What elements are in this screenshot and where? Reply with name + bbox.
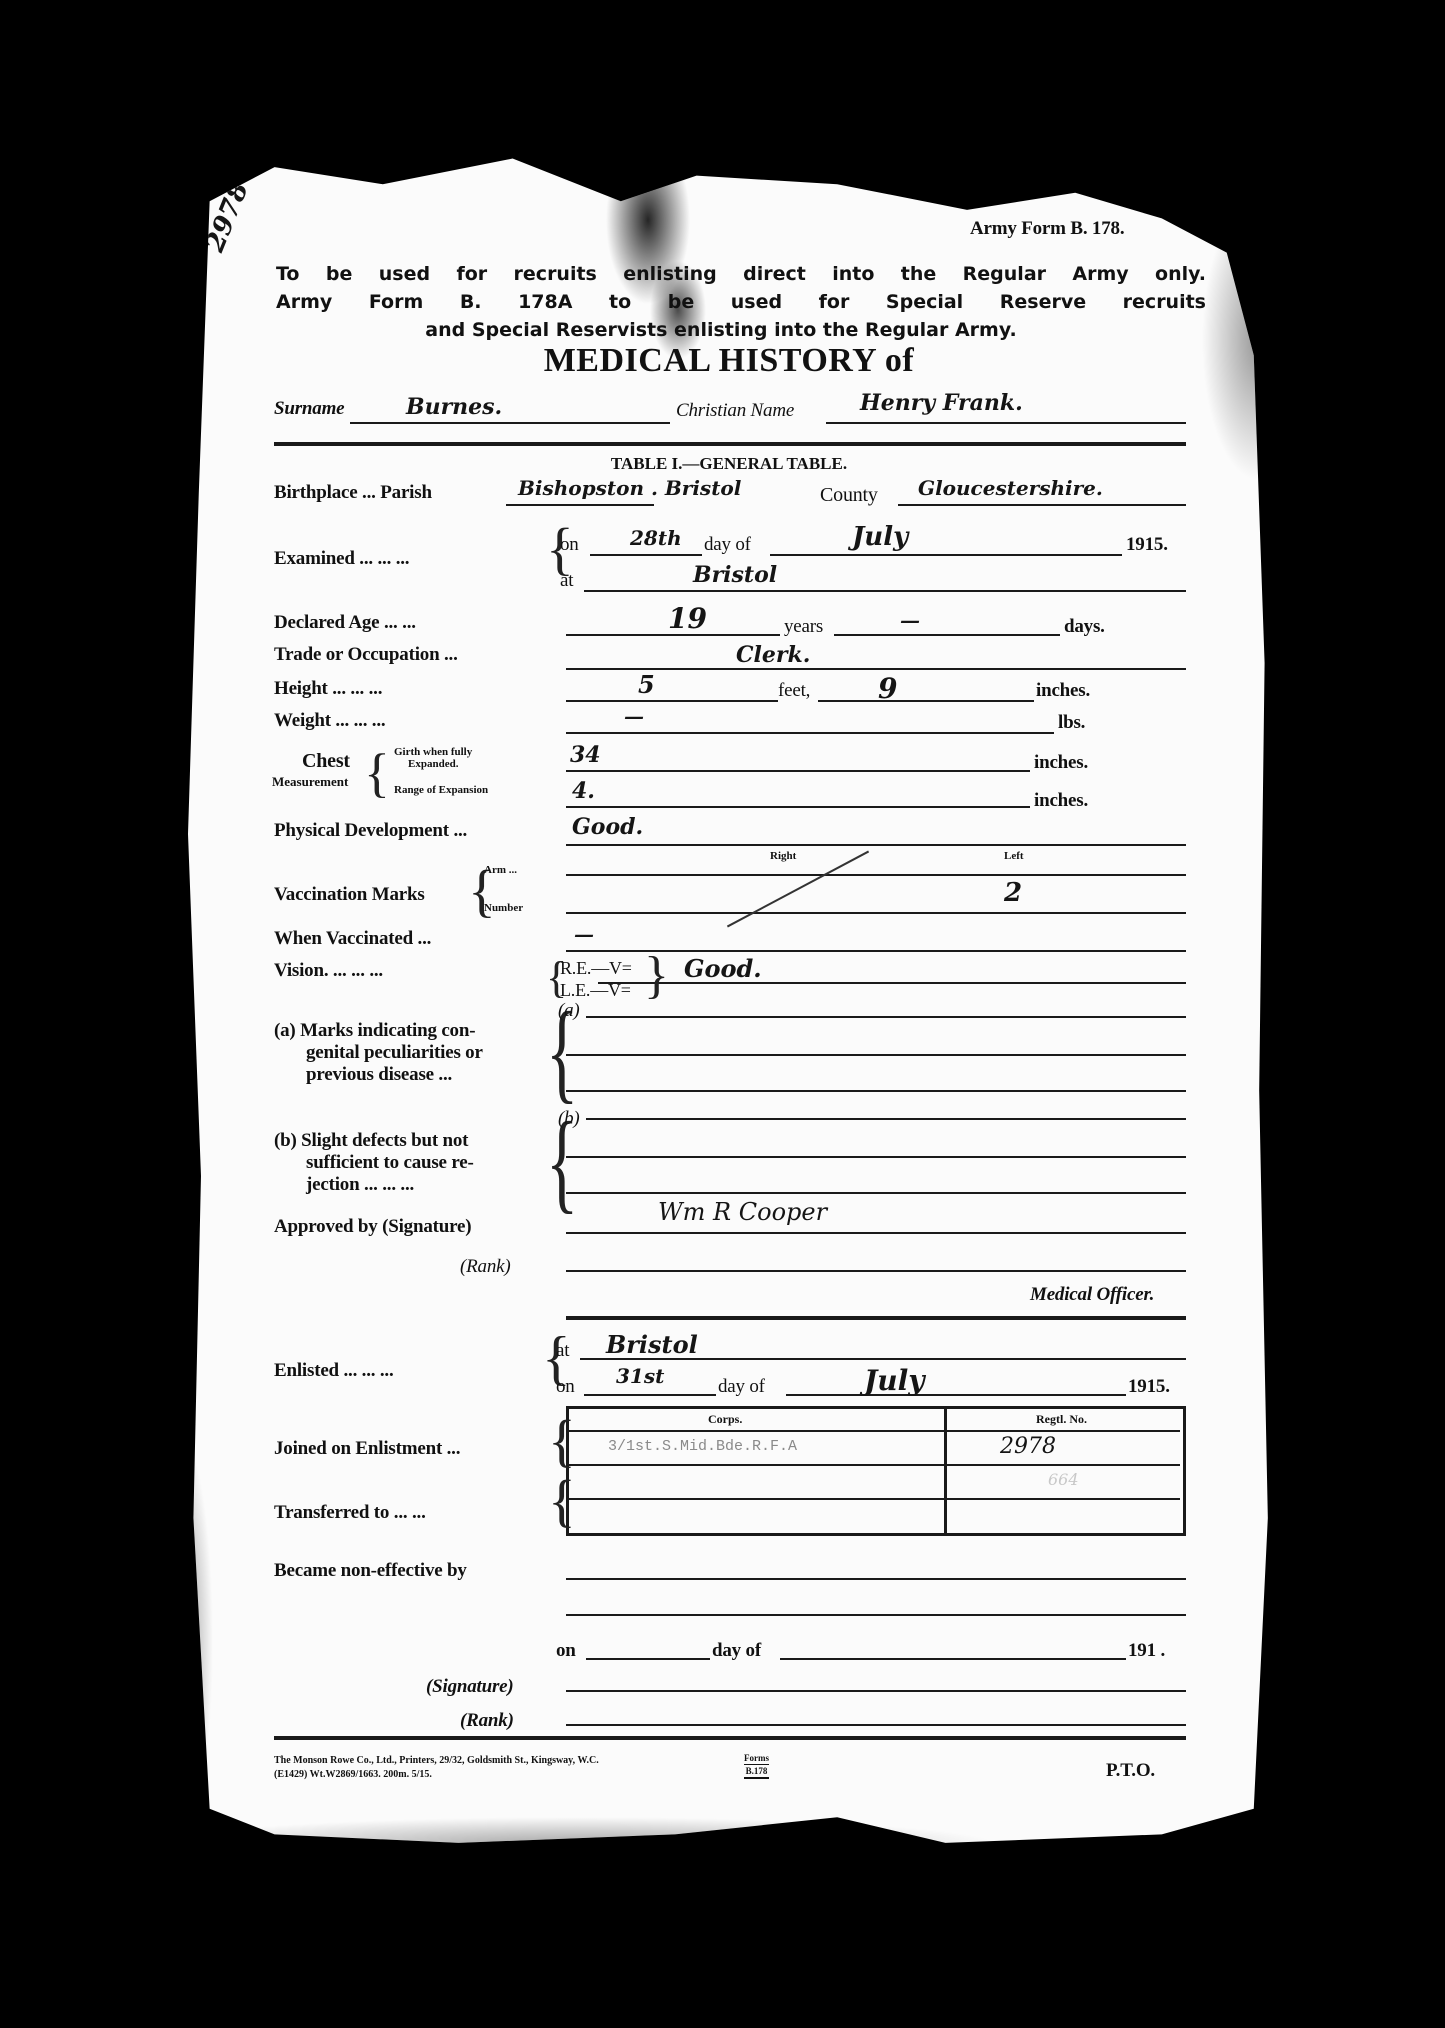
pto-label: P.T.O. [1106, 1760, 1155, 1782]
enlisted-on-label: on [556, 1376, 575, 1398]
arm-label: Arm ... [484, 864, 517, 876]
transferred-brace: { [548, 1472, 576, 1530]
printer-imprint: The Monson Rowe Co., Ltd., Printers, 29/… [274, 1754, 599, 1782]
physical-development-label: Physical Development ... [274, 820, 467, 842]
measurement-label: Measurement [272, 774, 348, 790]
printer-line-2: (E1429) Wt.W2869/1663. 200m. 5/15. [274, 1768, 599, 1782]
age-years-field[interactable]: 19 [668, 602, 707, 635]
marks-a-input[interactable] [566, 1054, 1186, 1056]
girth-label-1: Girth when fully [394, 746, 472, 758]
approved-signature-label: Approved by (Signature) [274, 1216, 471, 1237]
years-label: years [784, 616, 823, 638]
marks-b-line-3: jection ... ... ... [274, 1174, 474, 1196]
occupation-field[interactable]: Clerk. [736, 642, 810, 668]
transferred-corps-field[interactable] [578, 1470, 938, 1496]
page-title: MEDICAL HISTORY of [188, 342, 1270, 380]
transferred-regtl-no-field[interactable]: 664 [1048, 1470, 1079, 1489]
approved-rank-label: (Rank) [460, 1256, 511, 1278]
medical-officer-label: Medical Officer. [1030, 1284, 1154, 1306]
chest-label: Chest [302, 750, 350, 773]
enlisted-day-of-label: day of [718, 1376, 765, 1398]
approved-signature-field[interactable]: Wm R Cooper [658, 1198, 827, 1226]
examined-day-of-label: day of [704, 534, 751, 556]
weight-label: Weight ... ... ... [274, 710, 385, 732]
christian-name-field[interactable]: Henry Frank. [860, 390, 1023, 416]
range-unit: inches. [1034, 790, 1088, 812]
marks-b-input[interactable] [586, 1118, 1186, 1120]
left-arm-label: Left [1004, 850, 1024, 862]
vision-label: Vision. ... ... ... [274, 960, 383, 982]
marks-a-line-1: (a) Marks indicating con- [274, 1020, 483, 1042]
non-effective-day-of-label: day of [712, 1640, 761, 1662]
chest-range-field[interactable]: 4. [572, 778, 595, 804]
when-vaccinated-label: When Vaccinated ... [274, 928, 431, 950]
forms-label: Forms [744, 1752, 769, 1765]
range-label: Range of Expansion [394, 784, 488, 796]
parish-field[interactable]: Bishopston . Bristol [518, 476, 741, 500]
enlisted-month-field[interactable]: July [864, 1364, 925, 1397]
form-number: Army Form B. 178. [970, 218, 1124, 240]
marks-a-line-2: genital peculiarities or [274, 1042, 483, 1064]
girth-label-2: Expanded. [408, 758, 458, 770]
weight-field[interactable]: — [624, 704, 644, 728]
enlisted-year: 1915. [1128, 1376, 1170, 1398]
chest-girth-field[interactable]: 34 [570, 742, 601, 768]
right-arm-strike [727, 851, 869, 928]
joined-brace: { [548, 1412, 576, 1470]
inches-label: inches. [1036, 680, 1090, 702]
forms-number: B.178 [744, 1765, 769, 1777]
document-page: 2978 Army Form B. 178. To be used for re… [188, 150, 1270, 1860]
chest-brace: { [364, 746, 390, 800]
christian-name-label: Christian Name [676, 400, 794, 422]
examined-label: Examined ... ... ... [274, 548, 409, 570]
instruction-line-2: Army Form B. 178A to be used for Special… [276, 288, 1206, 316]
marks-b-line-2: sufficient to cause re- [274, 1152, 474, 1174]
feet-label: feet, [778, 680, 810, 702]
marks-b-marker: (b) [558, 1108, 580, 1130]
table-title: TABLE I.—GENERAL TABLE. [188, 454, 1270, 474]
examined-year: 1915. [1126, 534, 1168, 556]
printer-line-1: The Monson Rowe Co., Ltd., Printers, 29/… [274, 1754, 599, 1768]
examined-at-field[interactable]: Bristol [693, 562, 777, 588]
marks-a-marker: (a) [558, 1000, 580, 1022]
weight-unit: lbs. [1058, 712, 1085, 734]
marks-a-label: (a) Marks indicating con- genital peculi… [274, 1020, 483, 1086]
non-effective-rank-field[interactable] [566, 1724, 1186, 1726]
non-effective-signature-label: (Signature) [426, 1676, 514, 1698]
forms-reference: Forms B.178 [744, 1752, 769, 1779]
enlisted-label: Enlisted ... ... ... [274, 1360, 394, 1382]
instruction-line-3: and Special Reservists enlisting into th… [276, 316, 1206, 344]
instruction-line-1: To be used for recruits enlisting direct… [276, 260, 1206, 288]
enlisted-at-field[interactable]: Bristol [606, 1330, 698, 1359]
county-field[interactable]: Gloucestershire. [918, 476, 1103, 500]
enlisted-day-field[interactable]: 31st [616, 1364, 664, 1388]
age-days-field[interactable]: — [900, 608, 920, 632]
joined-corps-field[interactable]: 3/1st.S.Mid.Bde.R.F.A [608, 1438, 797, 1455]
vision-field[interactable]: Good. [684, 954, 762, 983]
birthplace-label: Birthplace ... Parish [274, 482, 432, 504]
joined-regtl-no-field[interactable]: 2978 [1000, 1434, 1056, 1459]
right-arm-label: Right [770, 850, 796, 862]
occupation-label: Trade or Occupation ... [274, 644, 458, 666]
physical-development-field[interactable]: Good. [572, 814, 643, 840]
declared-age-label: Declared Age ... ... [274, 612, 416, 634]
height-inches-field[interactable]: 9 [878, 672, 897, 705]
joined-on-enlistment-label: Joined on Enlistment ... [274, 1438, 460, 1460]
number-label: Number [484, 902, 523, 914]
girth-unit: inches. [1034, 752, 1088, 774]
transferred-to-label: Transferred to ... ... [274, 1502, 426, 1524]
height-feet-field[interactable]: 5 [638, 670, 655, 699]
corps-table-divider [944, 1406, 947, 1533]
non-effective-month-field[interactable] [780, 1658, 1126, 1660]
examined-month-field[interactable]: July [852, 522, 908, 552]
approved-by-label: Approved by (Signature) [274, 1216, 471, 1238]
vaccination-label: Vaccination Marks [274, 884, 425, 906]
marks-a-line-3: previous disease ... [274, 1064, 483, 1086]
marks-b-label: (b) Slight defects but not sufficient to… [274, 1130, 474, 1196]
left-arm-number-field[interactable]: 2 [1004, 878, 1022, 908]
non-effective-signature-field[interactable] [566, 1690, 1186, 1692]
approved-rank-field[interactable] [566, 1270, 1186, 1272]
days-label: days. [1064, 616, 1105, 638]
corps-header: Corps. [708, 1412, 742, 1427]
form-instructions: To be used for recruits enlisting direct… [276, 260, 1206, 344]
enlisted-at-label: at [556, 1340, 569, 1362]
regtl-no-header: Regtl. No. [1036, 1412, 1087, 1427]
surname-label: Surname [274, 398, 344, 420]
height-label: Height ... ... ... [274, 678, 382, 700]
examined-on-label: on [560, 534, 579, 556]
non-effective-label: Became non-effective by [274, 1560, 467, 1582]
non-effective-field[interactable] [566, 1578, 1186, 1580]
non-effective-on-label: on [556, 1640, 576, 1662]
examined-at-label: at [560, 570, 573, 592]
non-effective-day-field[interactable] [586, 1658, 710, 1660]
surname-field[interactable]: Burnes. [406, 394, 502, 420]
vision-value-brace: } [644, 950, 669, 1002]
examined-day-field[interactable]: 28th [630, 526, 682, 550]
margin-note: 2978 [200, 178, 255, 256]
non-effective-rank-label: (Rank) [460, 1710, 514, 1732]
county-label: County [820, 484, 878, 507]
non-effective-year: 191 . [1128, 1640, 1165, 1662]
when-vaccinated-field[interactable]: — [574, 922, 594, 946]
right-eye-label: R.E.—V= [560, 958, 632, 979]
marks-b-line-1: (b) Slight defects but not [274, 1130, 474, 1152]
